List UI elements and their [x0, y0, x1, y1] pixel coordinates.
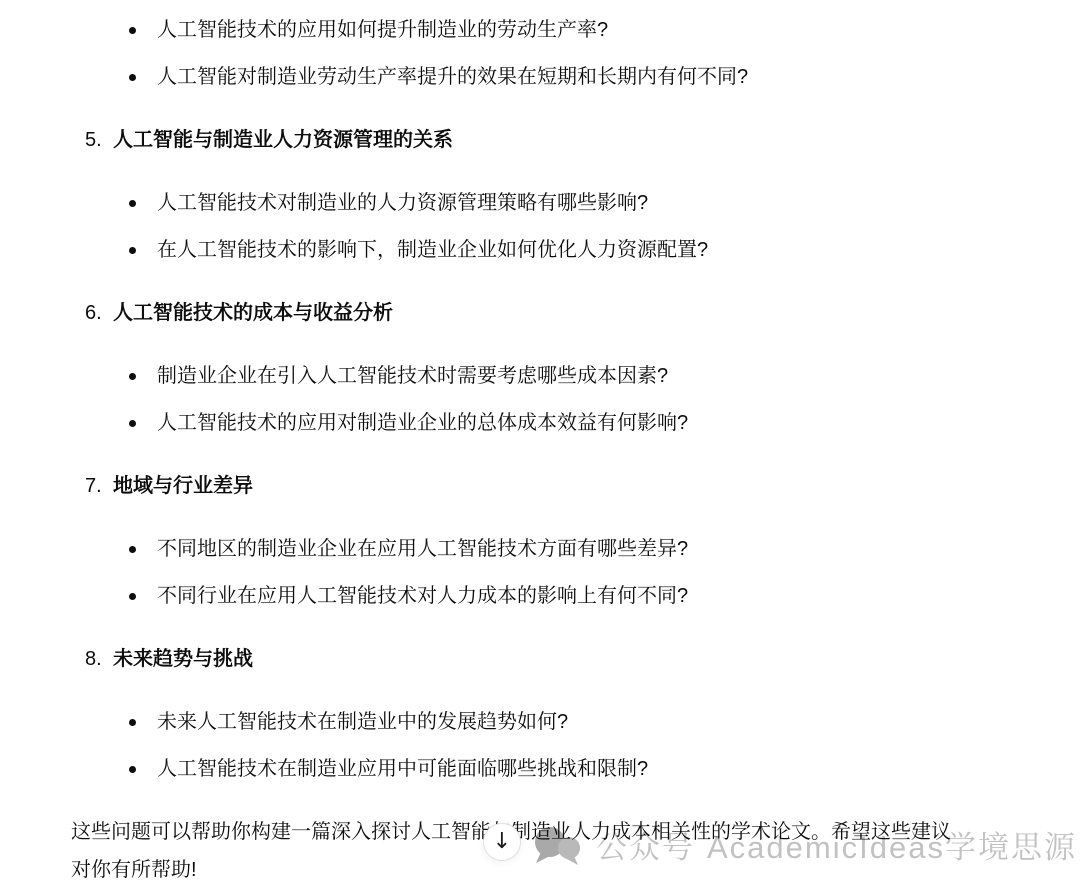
intro-bullet-list: 人工智能技术的应用如何提升制造业的劳动生产率? 人工智能对制造业劳动生产率提升的… — [0, 11, 1080, 96]
list-item-text: 不同地区的制造业企业在应用人工智能技术方面有哪些差异? — [157, 538, 688, 560]
list-item: 未来人工智能技术在制造业中的发展趋势如何? — [0, 703, 1080, 741]
section-number: 8. — [85, 640, 102, 678]
section-heading: 7. 地域与行业差异 — [0, 467, 1080, 505]
list-item: 不同地区的制造业企业在应用人工智能技术方面有哪些差异? — [0, 530, 1080, 568]
list-item-text: 人工智能技术在制造业应用中可能面临哪些挑战和限制? — [157, 758, 648, 780]
section-number: 5. — [85, 121, 102, 159]
section-heading-text: 未来趋势与挑战 — [113, 648, 253, 670]
list-item-text: 人工智能技术的应用如何提升制造业的劳动生产率? — [157, 19, 608, 41]
section-heading-text: 地域与行业差异 — [113, 475, 253, 497]
list-item-text: 在人工智能技术的影响下，制造业企业如何优化人力资源配置? — [157, 239, 708, 261]
closing-paragraph: 这些问题可以帮助你构建一篇深入探讨人工智能与制造业人力成本相关性的学术论文。希望… — [71, 813, 1011, 883]
list-item-text: 未来人工智能技术在制造业中的发展趋势如何? — [157, 711, 568, 733]
list-item-text: 不同行业在应用人工智能技术对人力成本的影响上有何不同? — [157, 585, 688, 607]
list-item-text: 人工智能对制造业劳动生产率提升的效果在短期和长期内有何不同? — [157, 66, 748, 88]
section-heading-text: 人工智能与制造业人力资源管理的关系 — [113, 129, 453, 151]
list-item: 人工智能技术在制造业应用中可能面临哪些挑战和限制? — [0, 750, 1080, 788]
section-heading: 5. 人工智能与制造业人力资源管理的关系 — [0, 121, 1080, 159]
list-item: 人工智能技术的应用如何提升制造业的劳动生产率? — [0, 11, 1080, 49]
list-item: 人工智能技术的应用对制造业企业的总体成本效益有何影响? — [0, 404, 1080, 442]
bullet-marker — [129, 593, 136, 600]
closing-line: 这些问题可以帮助你构建一篇深入探讨人工智能与制造业人力成本相关性的学术论文。希望… — [71, 813, 1011, 851]
section-8: 8. 未来趋势与挑战 未来人工智能技术在制造业中的发展趋势如何? 人工智能技术在… — [0, 640, 1080, 788]
section-heading-text: 人工智能技术的成本与收益分析 — [113, 302, 393, 324]
closing-line: 对你有所帮助! — [71, 851, 1011, 883]
list-item: 人工智能技术对制造业的人力资源管理策略有哪些影响? — [0, 184, 1080, 222]
bullet-marker — [129, 420, 136, 427]
section-bullet-list: 人工智能技术对制造业的人力资源管理策略有哪些影响? 在人工智能技术的影响下，制造… — [0, 184, 1080, 269]
bullet-marker — [129, 247, 136, 254]
scroll-to-bottom-button[interactable]: ↓ — [483, 823, 521, 861]
section-7: 7. 地域与行业差异 不同地区的制造业企业在应用人工智能技术方面有哪些差异? 不… — [0, 467, 1080, 615]
section-number: 6. — [85, 294, 102, 332]
section-heading: 6. 人工智能技术的成本与收益分析 — [0, 294, 1080, 332]
section-bullet-list: 未来人工智能技术在制造业中的发展趋势如何? 人工智能技术在制造业应用中可能面临哪… — [0, 703, 1080, 788]
section-bullet-list: 不同地区的制造业企业在应用人工智能技术方面有哪些差异? 不同行业在应用人工智能技… — [0, 530, 1080, 615]
list-item-text: 人工智能技术的应用对制造业企业的总体成本效益有何影响? — [157, 412, 688, 434]
bullet-marker — [129, 74, 136, 81]
list-item: 不同行业在应用人工智能技术对人力成本的影响上有何不同? — [0, 577, 1080, 615]
bullet-marker — [129, 200, 136, 207]
bullet-marker — [129, 766, 136, 773]
list-item-text: 制造业企业在引入人工智能技术时需要考虑哪些成本因素? — [157, 365, 668, 387]
list-item: 在人工智能技术的影响下，制造业企业如何优化人力资源配置? — [0, 231, 1080, 269]
list-item-text: 人工智能技术对制造业的人力资源管理策略有哪些影响? — [157, 192, 648, 214]
bullet-marker — [129, 373, 136, 380]
chat-message: 人工智能技术的应用如何提升制造业的劳动生产率? 人工智能对制造业劳动生产率提升的… — [0, 0, 1080, 883]
section-bullet-list: 制造业企业在引入人工智能技术时需要考虑哪些成本因素? 人工智能技术的应用对制造业… — [0, 357, 1080, 442]
bullet-marker — [129, 546, 136, 553]
bullet-marker — [129, 27, 136, 34]
list-item: 人工智能对制造业劳动生产率提升的效果在短期和长期内有何不同? — [0, 58, 1080, 96]
section-6: 6. 人工智能技术的成本与收益分析 制造业企业在引入人工智能技术时需要考虑哪些成… — [0, 294, 1080, 442]
section-number: 7. — [85, 467, 102, 505]
arrow-down-icon: ↓ — [493, 831, 511, 853]
section-heading: 8. 未来趋势与挑战 — [0, 640, 1080, 678]
list-item: 制造业企业在引入人工智能技术时需要考虑哪些成本因素? — [0, 357, 1080, 395]
section-5: 5. 人工智能与制造业人力资源管理的关系 人工智能技术对制造业的人力资源管理策略… — [0, 121, 1080, 269]
bullet-marker — [129, 719, 136, 726]
